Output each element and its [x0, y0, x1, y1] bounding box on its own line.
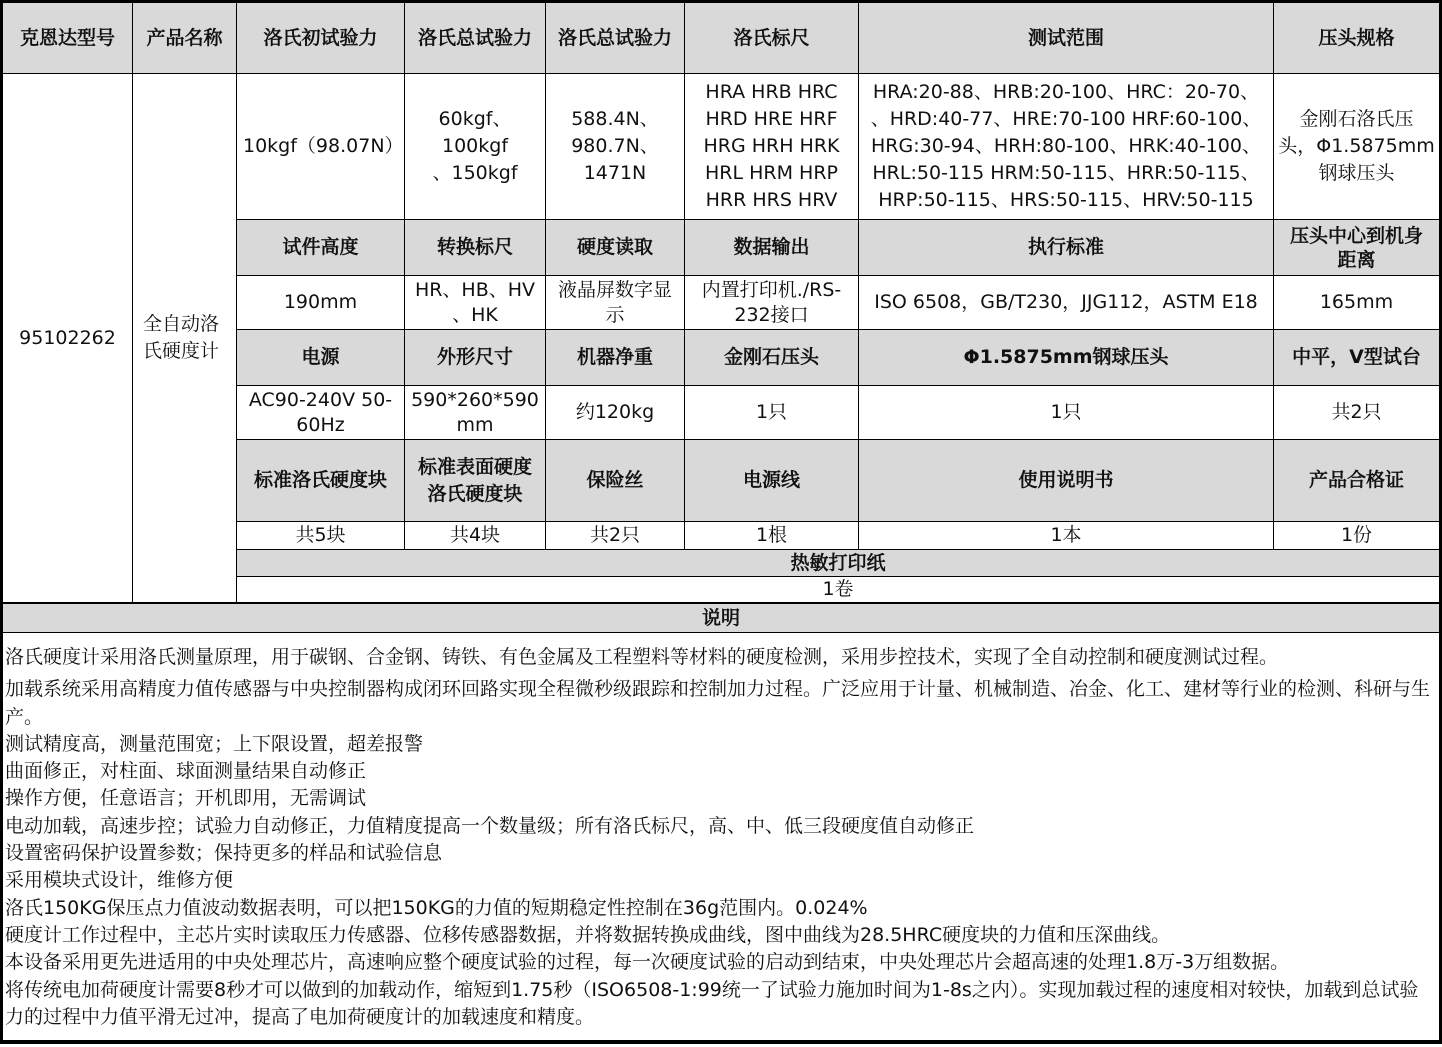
value-indenter-spec: 金刚石洛氏压 头，Φ1.5875mm 钢球压头: [1274, 74, 1439, 220]
value-power: AC90-240V 50- 60Hz: [237, 386, 405, 440]
value-test-range: HRA:20-88、HRB:20-100、HRC：20-70、 、HRD:40-…: [859, 74, 1274, 220]
header-scales: 洛氏标尺: [685, 3, 859, 74]
value-initial-force: 10kgf（98.07N）: [237, 74, 405, 220]
note-line: 硬度计工作过程中，主芯片实时读取压力传感器、位移传感器数据，并将数据转换成曲线，…: [5, 922, 1436, 949]
header-total-force-n: 洛氏总试验力: [546, 3, 685, 74]
header-total-force-kgf: 洛氏总试验力: [405, 3, 546, 74]
notes-title: 说明: [3, 603, 1439, 633]
header-hardness-reading: 硬度读取: [546, 220, 685, 276]
value-throat-depth: 165mm: [1274, 276, 1439, 330]
header-ball-indenter: Φ1.5875mm钢球压头: [859, 330, 1274, 386]
header-thermal-paper: 热敏打印纸: [237, 550, 1439, 577]
note-line: 曲面修正，对柱面、球面测量结果自动修正: [5, 758, 1436, 785]
value-std-blocks: 共5块: [237, 522, 405, 550]
note-line: 加载系统采用高精度力值传感器与中央控制器构成闭环回路实现全程微秒级跟踪和控制加力…: [5, 676, 1436, 731]
value-fuse: 共2只: [546, 522, 685, 550]
value-anvils: 共2只: [1274, 386, 1439, 440]
value-specimen-height: 190mm: [237, 276, 405, 330]
note-line: 洛氏硬度计采用洛氏测量原理，用于碳钢、合金钢、铸铁、有色金属及工程塑料等材料的硬…: [5, 644, 1436, 671]
header-indenter-spec: 压头规格: [1274, 3, 1439, 74]
header-power: 电源: [237, 330, 405, 386]
product-name: 全自动洛 氏硬度计: [133, 74, 237, 603]
header-conversion-scales: 转换标尺: [405, 220, 546, 276]
value-standards: ISO 6508，GB/T230，JJG112，ASTM E18: [859, 276, 1274, 330]
value-data-output: 内置打印机./RS- 232接口: [685, 276, 859, 330]
header-initial-force: 洛氏初试验力: [237, 3, 405, 74]
value-diamond-indenter: 1只: [685, 386, 859, 440]
value-thermal-paper: 1卷: [237, 577, 1439, 603]
note-line: 洛氏150KG保压点力值波动数据表明，可以把150KG的力值的短期稳定性控制在3…: [5, 895, 1436, 922]
note-line: 电动加载，高速步控；试验力自动修正，力值精度提高一个数量级；所有洛氏标尺，高、中…: [5, 813, 1436, 840]
value-conversion-scales: HR、HB、HV 、HK: [405, 276, 546, 330]
header-fuse: 保险丝: [546, 440, 685, 522]
header-specimen-height: 试件高度: [237, 220, 405, 276]
header-net-weight: 机器净重: [546, 330, 685, 386]
note-line: 测试精度高，测量范围宽；上下限设置，超差报警: [5, 731, 1436, 758]
value-hardness-reading: 液晶屏数字显 示: [546, 276, 685, 330]
value-ball-indenter: 1只: [859, 386, 1274, 440]
header-manual: 使用说明书: [859, 440, 1274, 522]
product-model: 95102262: [3, 74, 133, 603]
header-std-blocks: 标准洛氏硬度块: [237, 440, 405, 522]
header-standards: 执行标准: [859, 220, 1274, 276]
header-certificate: 产品合格证: [1274, 440, 1439, 522]
value-manual: 1本: [859, 522, 1274, 550]
header-throat-depth: 压头中心到机身 距离: [1274, 220, 1439, 276]
header-data-output: 数据输出: [685, 220, 859, 276]
note-line: 采用模块式设计，维修方便: [5, 867, 1436, 894]
value-surface-blocks: 共4块: [405, 522, 546, 550]
value-power-cord: 1根: [685, 522, 859, 550]
header-product-name: 产品名称: [133, 3, 237, 74]
note-line: 设置密码保护设置参数；保持更多的样品和试验信息: [5, 840, 1436, 867]
header-dimensions: 外形尺寸: [405, 330, 546, 386]
note-line: 将传统电加荷硬度计需要8秒才可以做到的加载动作，缩短到1.75秒（ISO6508…: [5, 977, 1436, 1032]
header-model: 克恩达型号: [3, 3, 133, 74]
note-line: 操作方便，任意语言；开机即用，无需调试: [5, 785, 1436, 812]
header-surface-blocks: 标准表面硬度 洛氏硬度块: [405, 440, 546, 522]
value-total-force-n: 588.4N、 980.7N、 1471N: [546, 74, 685, 220]
value-dimensions: 590*260*590 mm: [405, 386, 546, 440]
header-power-cord: 电源线: [685, 440, 859, 522]
notes-body: 洛氏硬度计采用洛氏测量原理，用于碳钢、合金钢、铸铁、有色金属及工程塑料等材料的硬…: [3, 633, 1438, 1031]
value-scales: HRA HRB HRC HRD HRE HRF HRG HRH HRK HRL …: [685, 74, 859, 220]
header-diamond-indenter: 金刚石压头: [685, 330, 859, 386]
note-line: 本设备采用更先进适用的中央处理芯片，高速响应整个硬度试验的过程，每一次硬度试验的…: [5, 949, 1436, 976]
header-anvils: 中平，V型试台: [1274, 330, 1439, 386]
header-test-range: 测试范围: [859, 3, 1274, 74]
value-certificate: 1份: [1274, 522, 1439, 550]
value-net-weight: 约120kg: [546, 386, 685, 440]
value-total-force-kgf: 60kgf、100kgf 、150kgf: [405, 74, 546, 220]
